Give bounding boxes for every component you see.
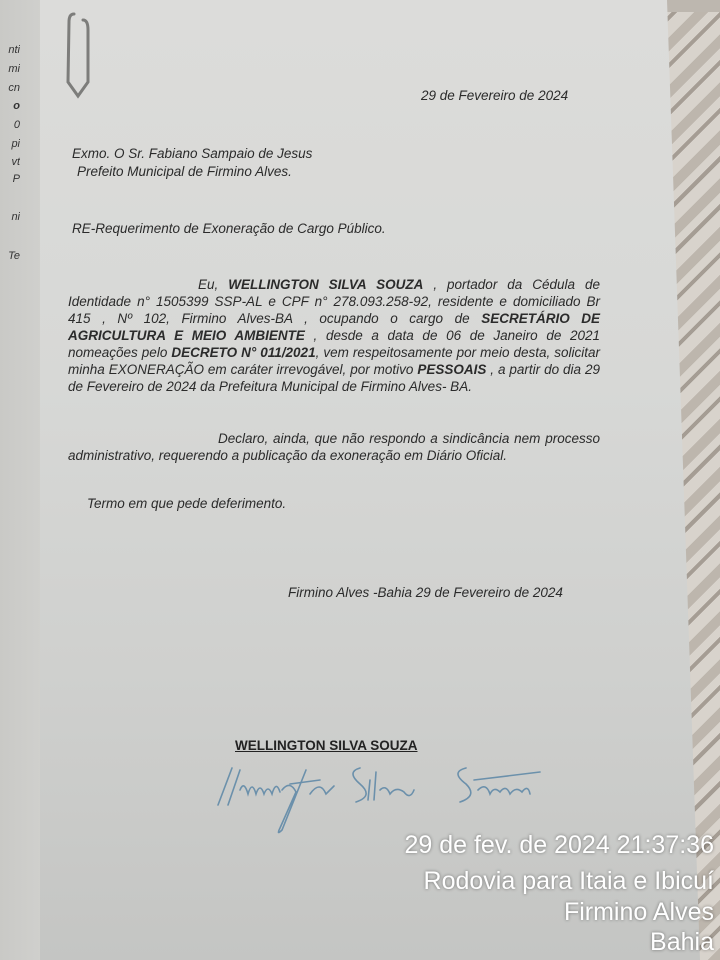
handwritten-signature [210, 750, 580, 840]
underlying-text-fragment: 0 [0, 119, 20, 132]
underlying-text-fragment: nti [0, 44, 20, 57]
underlying-text-fragment: ni [0, 211, 20, 224]
paperclip-icon [66, 10, 92, 100]
header-date: 29 de Fevereiro de 2024 [421, 88, 568, 103]
body-paragraph-2: Declaro, ainda, que não respondo a sindi… [68, 430, 600, 464]
requester-name: WELLINGTON SILVA SOUZA [228, 277, 423, 292]
underlying-text-fragment: pi [0, 138, 20, 151]
reason: PESSOAIS [417, 362, 486, 377]
underlying-text-fragment: o [0, 100, 20, 113]
recipient-title: Prefeito Municipal de Firmino Alves. [77, 164, 292, 179]
underlying-text-fragment: Te [0, 250, 20, 263]
photo-location-state: Bahia [650, 927, 714, 957]
decree-number: DECRETO N° 011/2021 [171, 345, 315, 360]
underlying-text-fragment: P [0, 173, 20, 186]
underlying-text-fragment: vt [0, 156, 20, 169]
photo-location-city: Firmino Alves [564, 897, 714, 927]
photo-location-road: Rodovia para Itaia e Ibicuí [424, 866, 714, 896]
closing-line: Termo em que pede deferimento. [87, 496, 286, 511]
place-and-date: Firmino Alves -Bahia 29 de Fevereiro de … [288, 585, 563, 600]
photo-timestamp: 29 de fev. de 2024 21:37:36 [404, 830, 714, 860]
body-paragraph-1: Eu, WELLINGTON SILVA SOUZA , portador da… [68, 276, 600, 395]
underlying-text-fragment: mi [0, 63, 20, 76]
recipient-name: Exmo. O Sr. Fabiano Sampaio de Jesus [72, 146, 312, 161]
underlying-text-fragment: cn [0, 82, 20, 95]
subject-line: RE-Requerimento de Exoneração de Cargo P… [72, 221, 386, 236]
